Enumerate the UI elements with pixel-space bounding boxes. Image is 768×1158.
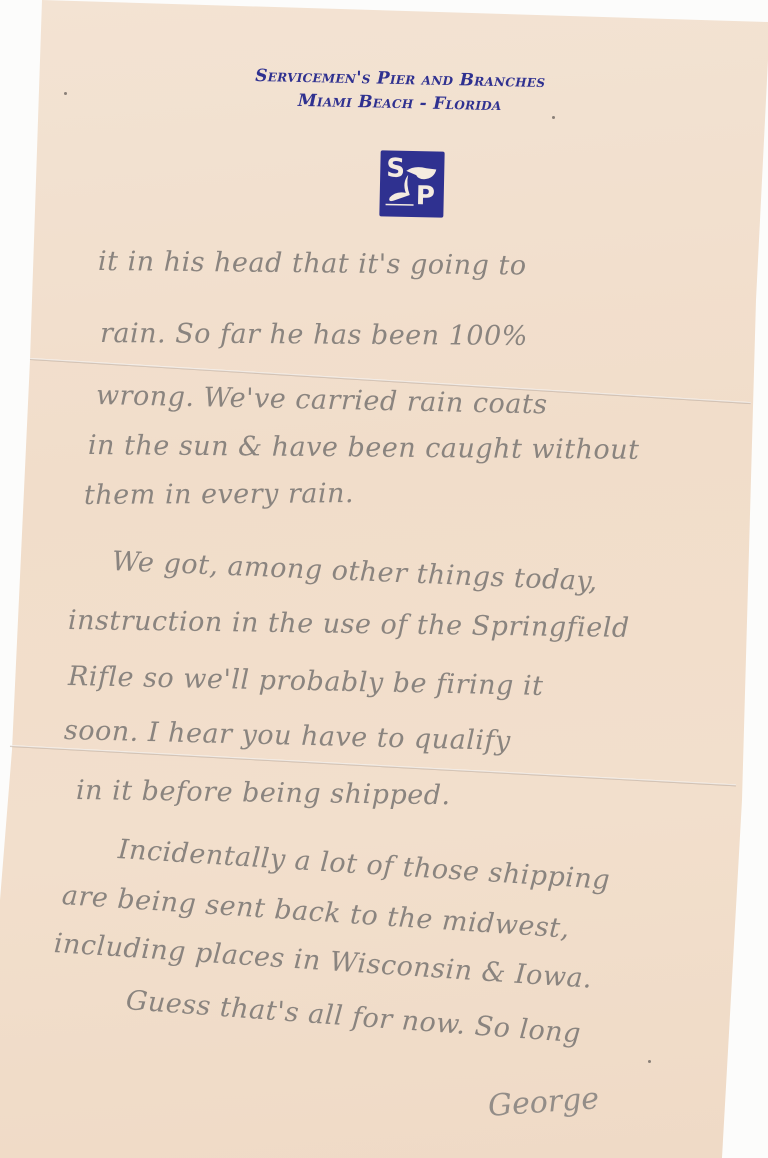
letter-line: Incidentally a lot of those shipping xyxy=(117,834,611,896)
letter-line: wrong. We've carried rain coats xyxy=(96,380,548,420)
letter-line: Rifle so we'll probably be firing it xyxy=(68,661,544,702)
letter-line: it in his head that it's going to xyxy=(98,246,527,281)
scanned-letter-page: Servicemen's Pier and Branches Miami Bea… xyxy=(0,0,768,1158)
letter-line: Guess that's all for now. So long xyxy=(125,985,582,1049)
paper-speck xyxy=(64,92,67,95)
letter-line: in the sun & have been caught without xyxy=(88,430,640,466)
letter-body: it in his head that it's going to rain. … xyxy=(0,0,768,1158)
letter-line: We got, among other things today, xyxy=(111,546,598,597)
paper-speck xyxy=(648,1060,651,1063)
letter-line: them in every rain. xyxy=(84,478,354,511)
paper-speck xyxy=(552,116,555,119)
letter-line: in it before being shipped. xyxy=(76,775,451,811)
letter-line: soon. I hear you have to qualify xyxy=(64,715,512,757)
letter-line: instruction in the use of the Springfiel… xyxy=(68,605,630,644)
letter-line: rain. So far he has been 100% xyxy=(100,318,528,352)
